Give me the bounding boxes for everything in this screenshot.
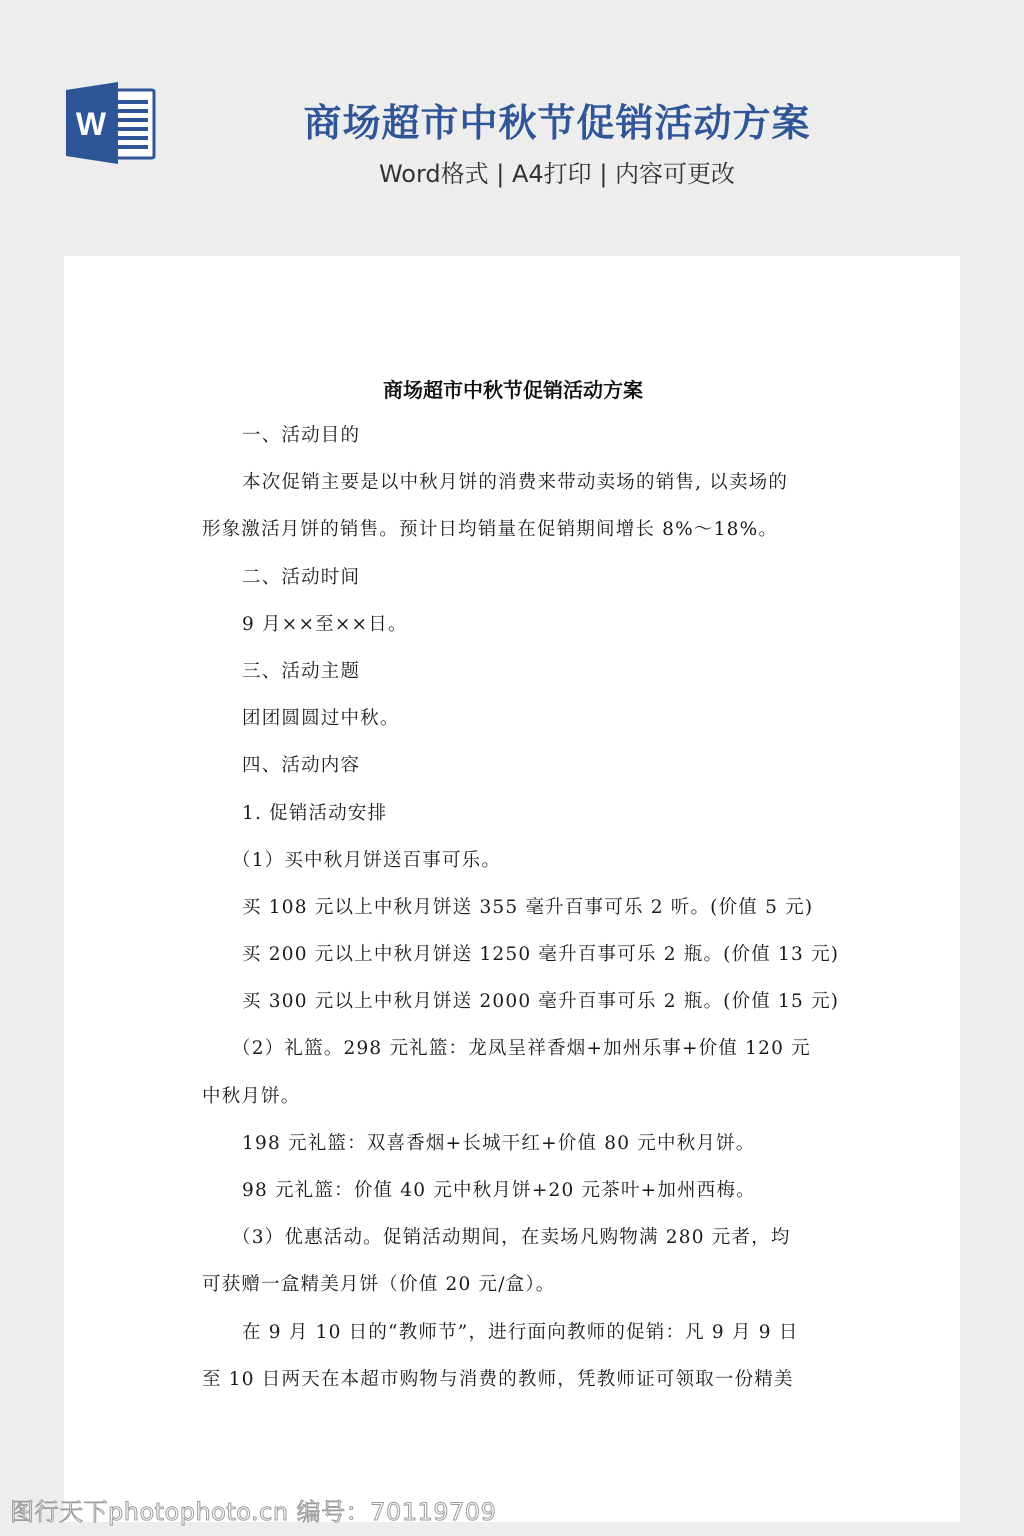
paragraph-line: 四、活动内容 — [202, 742, 824, 789]
paragraph-line: （2）礼篮。298 元礼篮：龙凤呈祥香烟+加州乐事+价值 120 元 — [202, 1025, 824, 1072]
paragraph-line: 形象激活月饼的销售。预计日均销量在促销期间增长 8%～18%。 — [202, 506, 824, 553]
paragraph-line: 可获赠一盒精美月饼（价值 20 元/盒）。 — [202, 1261, 824, 1308]
paragraph-line: 一、活动目的 — [202, 412, 824, 459]
word-document-icon: W — [64, 80, 156, 166]
header-title: 商场超市中秋节促销活动方案 — [270, 92, 844, 147]
paragraph-line: （1）买中秋月饼送百事可乐。 — [202, 837, 824, 884]
paragraph-line: 买 108 元以上中秋月饼送 355 毫升百事可乐 2 听。(价值 5 元) — [202, 884, 824, 931]
paragraph-line: 198 元礼篮：双喜香烟+长城干红+价值 80 元中秋月饼。 — [202, 1120, 824, 1167]
document-lines: 一、活动目的本次促销主要是以中秋月饼的消费来带动卖场的销售, 以卖场的形象激活月… — [202, 412, 824, 1403]
document-body: 商场超市中秋节促销活动方案 一、活动目的本次促销主要是以中秋月饼的消费来带动卖场… — [202, 368, 824, 1403]
paragraph-line: 9 月××至××日。 — [202, 601, 824, 648]
paragraph-line: 至 10 日两天在本超市购物与消费的教师，凭教师证可领取一份精美 — [202, 1356, 824, 1403]
paragraph-line: 三、活动主题 — [202, 648, 824, 695]
document-title: 商场超市中秋节促销活动方案 — [202, 368, 824, 412]
paragraph-line: 买 200 元以上中秋月饼送 1250 毫升百事可乐 2 瓶。(价值 13 元) — [202, 931, 824, 978]
watermark: 图行天下photophoto.cn 编号：70119709 — [10, 1492, 496, 1527]
svg-text:W: W — [76, 106, 107, 142]
paragraph-line: （3）优惠活动。促销活动期间，在卖场凡购物满 280 元者，均 — [202, 1214, 824, 1261]
paragraph-line: 本次促销主要是以中秋月饼的消费来带动卖场的销售, 以卖场的 — [202, 459, 824, 506]
paragraph-line: 1. 促销活动安排 — [202, 790, 824, 837]
document-page: 商场超市中秋节促销活动方案 一、活动目的本次促销主要是以中秋月饼的消费来带动卖场… — [64, 256, 960, 1522]
paragraph-line: 中秋月饼。 — [202, 1073, 824, 1120]
paragraph-line: 买 300 元以上中秋月饼送 2000 毫升百事可乐 2 瓶。(价值 15 元) — [202, 978, 824, 1025]
header-subtitle: Word格式 | A4打印 | 内容可更改 — [270, 154, 844, 189]
paragraph-line: 98 元礼篮：价值 40 元中秋月饼+20 元茶叶+加州西梅。 — [202, 1167, 824, 1214]
paragraph-line: 二、活动时间 — [202, 554, 824, 601]
paragraph-line: 在 9 月 10 日的“教师节”，进行面向教师的促销：凡 9 月 9 日 — [202, 1309, 824, 1356]
header: W 商场超市中秋节促销活动方案 Word格式 | A4打印 | 内容可更改 — [0, 0, 1024, 256]
paragraph-line: 团团圆圆过中秋。 — [202, 695, 824, 742]
